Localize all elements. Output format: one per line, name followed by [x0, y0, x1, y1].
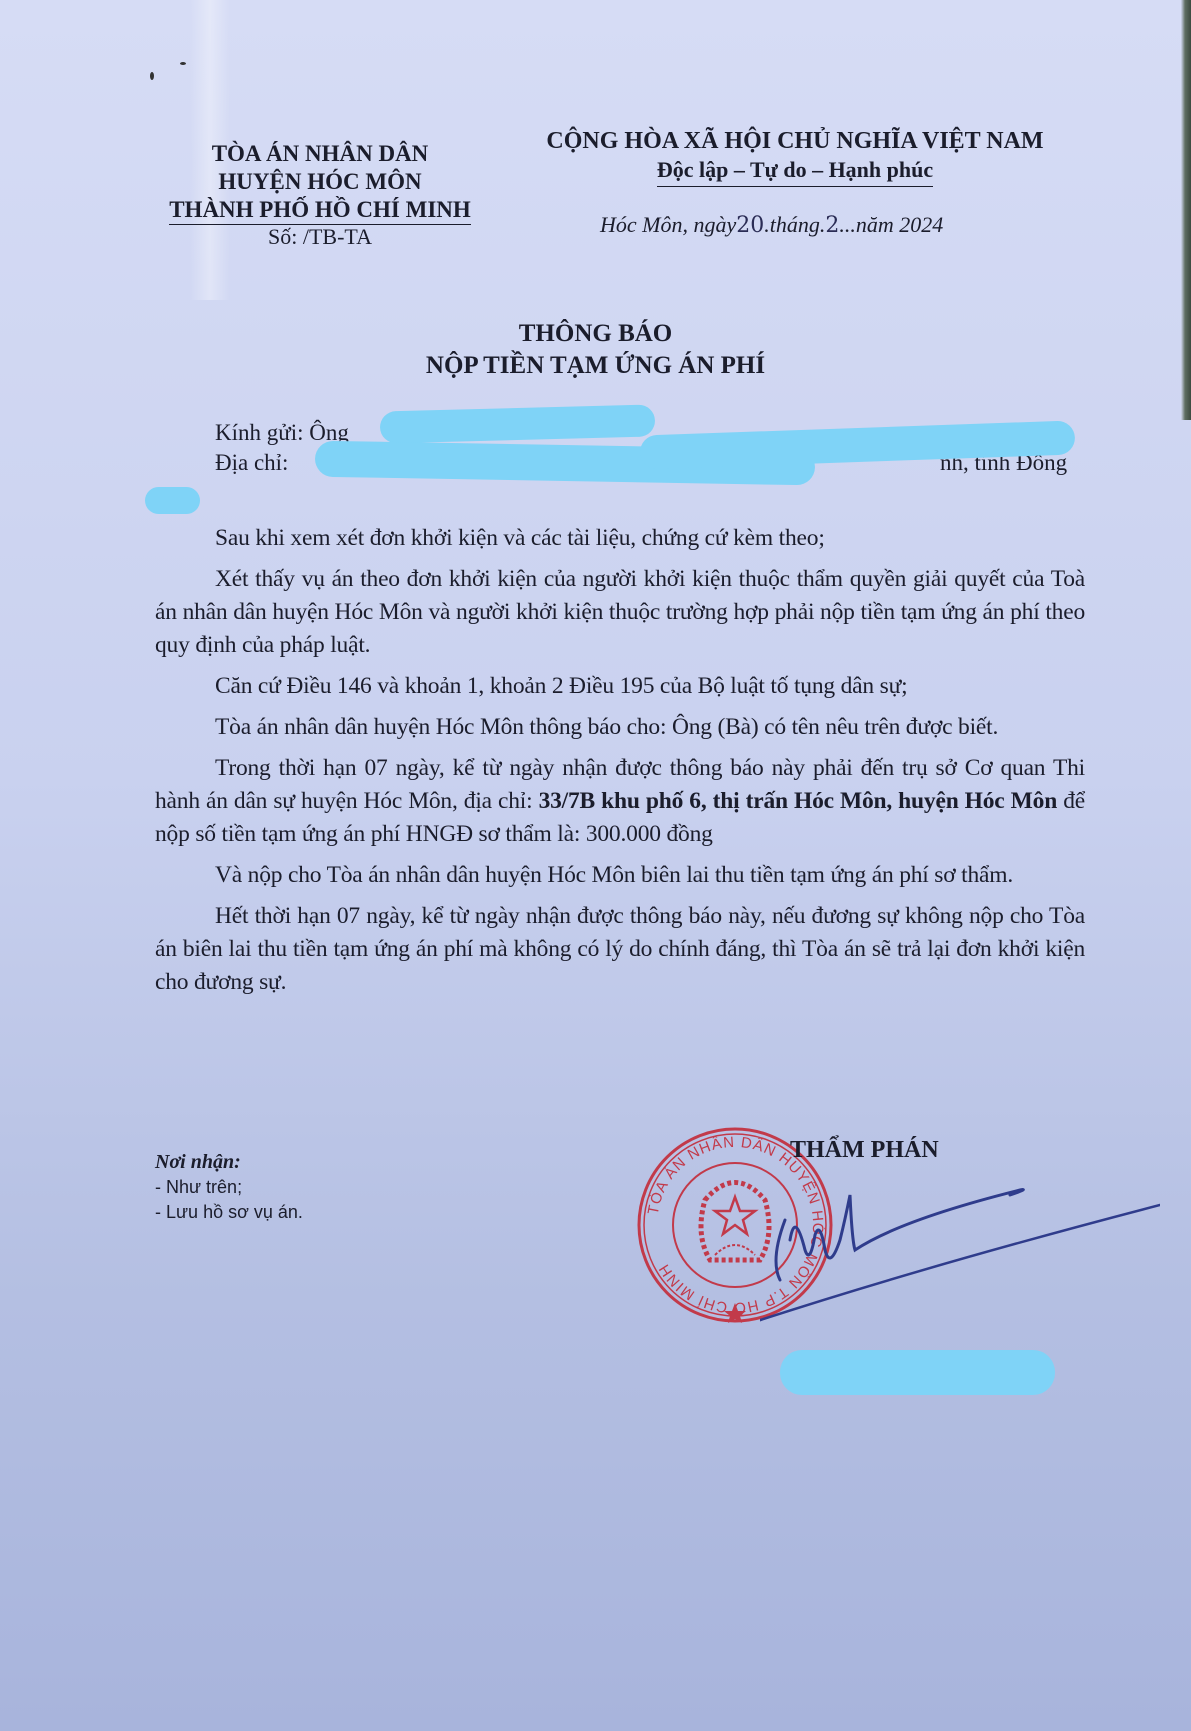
date-line: Hóc Môn, ngày20.tháng.2...năm 2024: [600, 212, 943, 238]
document-number: Số: /TB-TA: [150, 225, 490, 249]
paragraph-jurisdiction: Xét thấy vụ án theo đơn khởi kiện của ng…: [155, 563, 1085, 662]
recipient-item: - Lưu hồ sơ vụ án.: [155, 1200, 303, 1225]
paragraph-review: Sau khi xem xét đơn khởi kiện và các tài…: [155, 522, 1085, 555]
judge-title: THẨM PHÁN: [790, 1137, 939, 1164]
paragraph-payment-instructions: Trong thời hạn 07 ngày, kể từ ngày nhận …: [155, 752, 1085, 851]
redaction-judge-name: [780, 1350, 1055, 1395]
redaction-name: [380, 404, 656, 443]
signature-icon: [760, 1180, 1160, 1340]
court-city: THÀNH PHỐ HỒ CHÍ MINH: [150, 196, 490, 225]
payment-address: 33/7B khu phố 6, thị trấn Hóc Môn, huyện…: [539, 788, 1058, 814]
republic-name: CỘNG HÒA XÃ HỘI CHỦ NGHĨA VIỆT NAM: [530, 126, 1060, 156]
ink-smudge: [150, 72, 154, 80]
recipients-block: Nơi nhận: - Như trên; - Lưu hồ sơ vụ án.: [155, 1150, 303, 1225]
document-page: TÒA ÁN NHÂN DÂN HUYỆN HÓC MÔN THÀNH PHỐ …: [0, 0, 1191, 1731]
paragraph-receipt: Và nộp cho Tòa án nhân dân huyện Hóc Môn…: [155, 859, 1085, 892]
redaction-address-end: [145, 487, 200, 514]
handwritten-day: 20: [736, 213, 764, 238]
recipients-heading: Nơi nhận:: [155, 1150, 303, 1175]
handwritten-month: 2: [825, 213, 839, 238]
court-name: TÒA ÁN NHÂN DÂN: [150, 140, 490, 168]
document-subtitle: NỘP TIỀN TẠM ỨNG ÁN PHÍ: [0, 352, 1191, 380]
body-text: Sau khi xem xét đơn khởi kiện và các tài…: [155, 522, 1085, 1007]
recipient-item: - Như trên;: [155, 1175, 303, 1200]
document-title: THÔNG BÁO: [0, 320, 1191, 348]
court-header: TÒA ÁN NHÂN DÂN HUYỆN HÓC MÔN THÀNH PHỐ …: [150, 140, 490, 249]
paragraph-notice: Tòa án nhân dân huyện Hóc Môn thông báo …: [155, 711, 1085, 744]
address-label: Địa chỉ:: [215, 450, 288, 476]
court-district: HUYỆN HÓC MÔN: [150, 168, 490, 196]
national-header: CỘNG HÒA XÃ HỘI CHỦ NGHĨA VIỆT NAM Độc l…: [530, 126, 1060, 187]
ink-smudge: [180, 62, 186, 65]
paragraph-legal-basis: Căn cứ Điều 146 và khoản 1, khoản 2 Điều…: [155, 670, 1085, 703]
national-motto: Độc lập – Tự do – Hạnh phúc: [657, 156, 933, 187]
paragraph-deadline-warning: Hết thời hạn 07 ngày, kể từ ngày nhận đư…: [155, 900, 1085, 999]
